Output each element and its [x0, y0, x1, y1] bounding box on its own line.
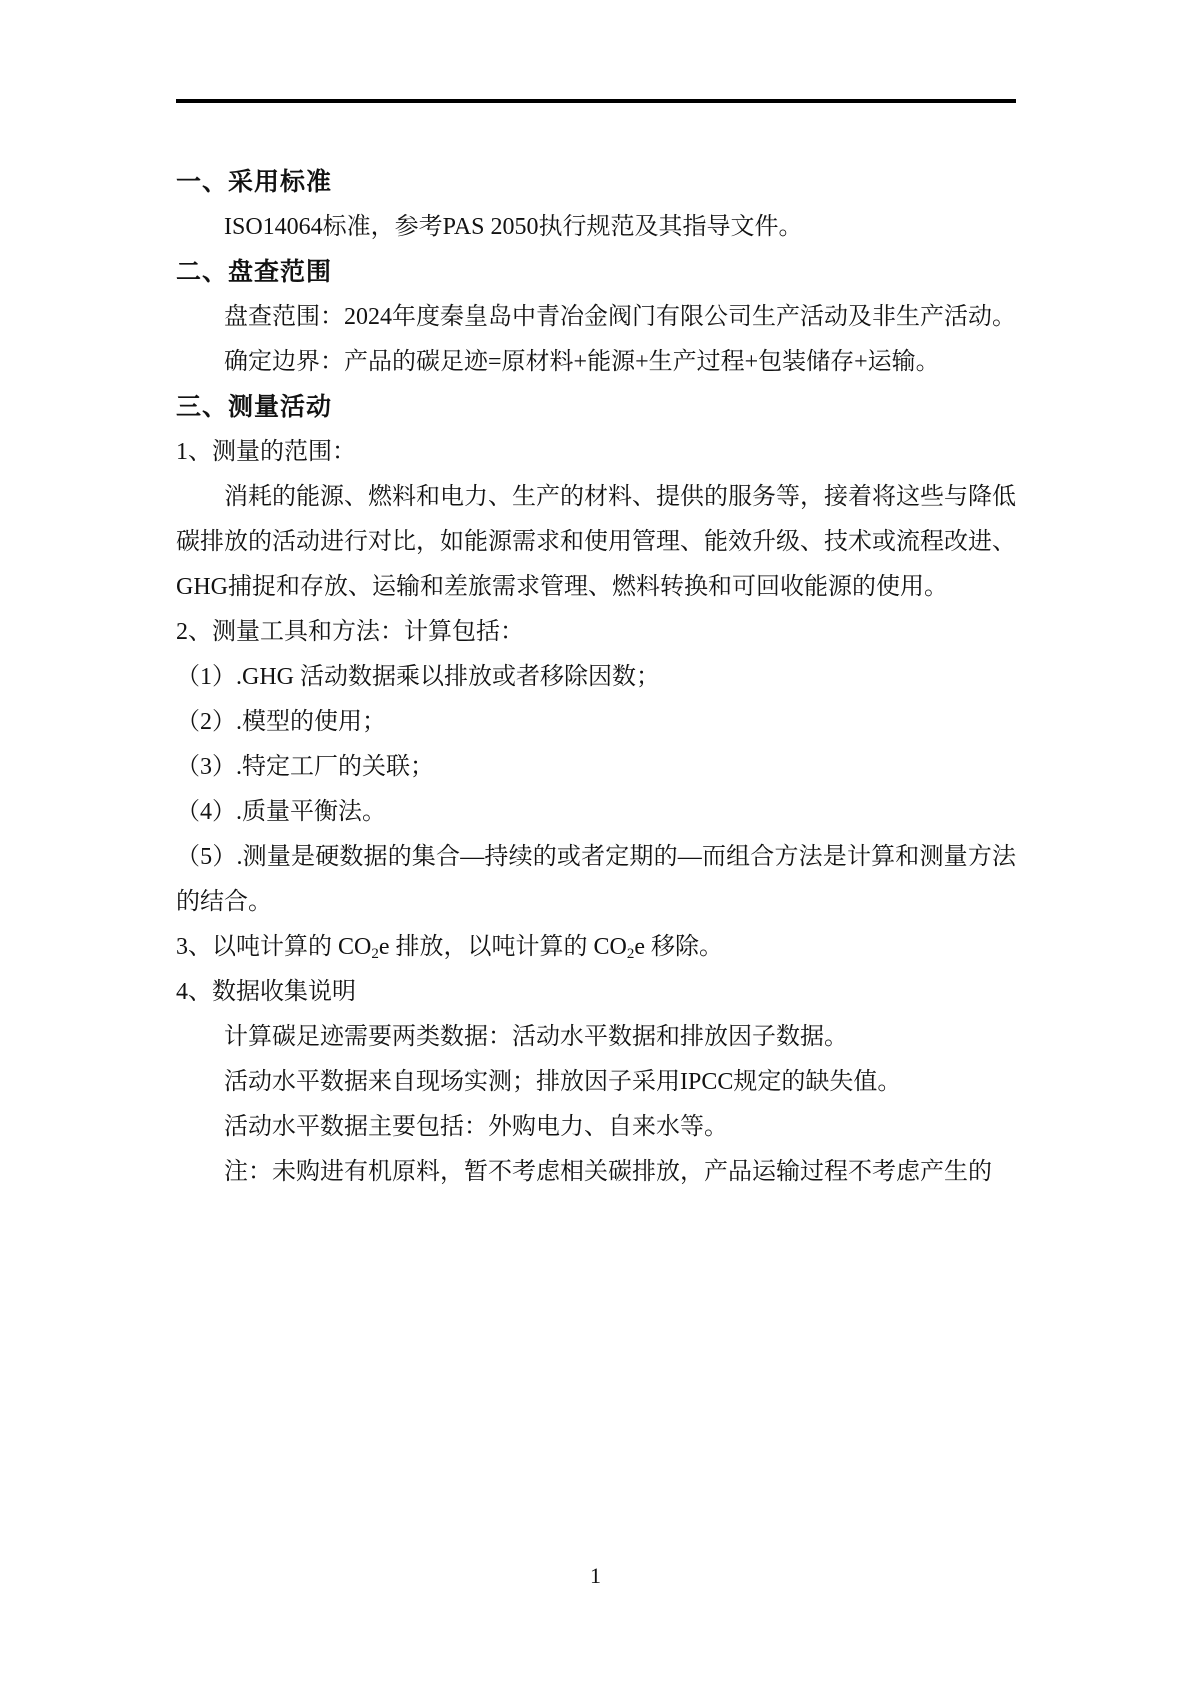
document-page: 一、采用标准 ISO14064标准，参考PAS 2050执行规范及其指导文件。 …: [0, 0, 1191, 1684]
paragraph-scope: 盘查范围：2024年度秦皇岛中青冶金阀门有限公司生产活动及非生产活动。: [176, 295, 1016, 340]
method-item-4: （4）.质量平衡法。: [176, 790, 1016, 835]
page-number: 1: [0, 1553, 1191, 1598]
paragraph-measure-scope: 消耗的能源、燃料和电力、生产的材料、提供的服务等，接着将这些与降低碳排放的活动进…: [176, 475, 1016, 610]
paragraph-standard: ISO14064标准，参考PAS 2050执行规范及其指导文件。: [176, 205, 1016, 250]
list-item-1: 1、测量的范围：: [176, 430, 1016, 475]
section-heading-1: 一、采用标准: [176, 160, 1016, 205]
list-item-2: 2、测量工具和方法：计算包括：: [176, 610, 1016, 655]
co2e-text-part: 3、以吨计算的 CO: [176, 934, 371, 960]
section-heading-3: 三、测量活动: [176, 385, 1016, 430]
document-body: 一、采用标准 ISO14064标准，参考PAS 2050执行规范及其指导文件。 …: [176, 160, 1016, 1195]
paragraph-data-source: 活动水平数据来自现场实测；排放因子采用IPCC规定的缺失值。: [176, 1060, 1016, 1105]
paragraph-data-types: 计算碳足迹需要两类数据：活动水平数据和排放因子数据。: [176, 1015, 1016, 1060]
method-item-3: （3）.特定工厂的关联；: [176, 745, 1016, 790]
co2e-subscript: 2: [371, 946, 379, 962]
co2e-text-part: e 移除。: [634, 934, 723, 960]
paragraph-data-includes: 活动水平数据主要包括：外购电力、自来水等。: [176, 1105, 1016, 1150]
header-rule: [176, 99, 1016, 103]
paragraph-boundary: 确定边界：产品的碳足迹=原材料+能源+生产过程+包装储存+运输。: [176, 340, 1016, 385]
method-item-1: （1）.GHG 活动数据乘以排放或者移除因数；: [176, 655, 1016, 700]
section-heading-2: 二、盘查范围: [176, 250, 1016, 295]
list-item-4: 4、数据收集说明: [176, 970, 1016, 1015]
co2e-text-part: e 排放，以吨计算的 CO: [379, 934, 627, 960]
note-paragraph: 注：未购进有机原料，暂不考虑相关碳排放，产品运输过程不考虑产生的: [176, 1150, 1016, 1195]
method-item-2: （2）.模型的使用；: [176, 700, 1016, 745]
method-item-5: （5）.测量是硬数据的集合—持续的或者定期的—而组合方法是计算和测量方法的结合。: [176, 835, 1016, 925]
list-item-3: 3、以吨计算的 CO2e 排放，以吨计算的 CO2e 移除。: [176, 925, 1016, 970]
